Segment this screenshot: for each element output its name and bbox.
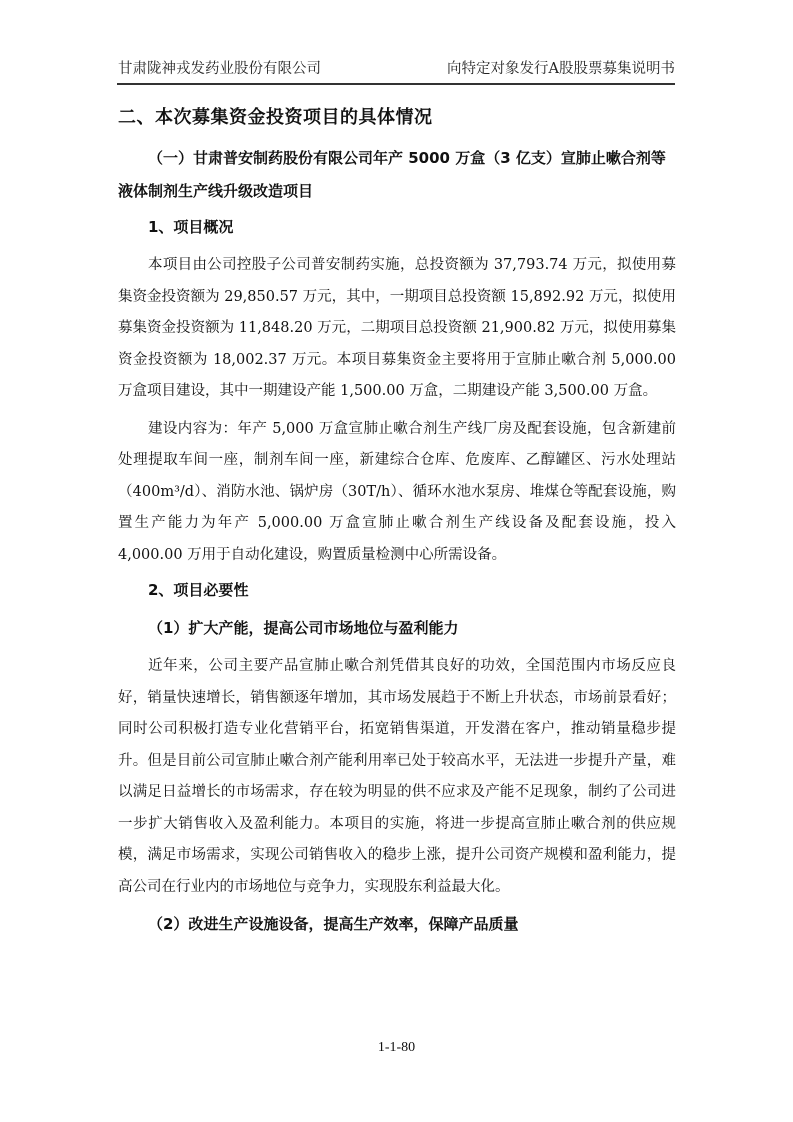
- item2-sub1-paragraph: 近年来，公司主要产品宣肺止嗽合剂凭借其良好的功效，全国范围内市场反应良好，销量快…: [118, 651, 676, 903]
- page-number: 1-1-80: [0, 1040, 793, 1056]
- item1-title: 1、项目概况: [118, 210, 676, 244]
- item2-title: 2、项目必要性: [118, 573, 676, 607]
- header-company-name: 甘肃陇神戎发药业股份有限公司: [118, 57, 321, 78]
- subsection-title: （一）甘肃普安制药股份有限公司年产 5000 万盒（3 亿支）宣肺止嗽合剂等液体…: [118, 142, 676, 208]
- item1-paragraph-overview: 本项目由公司控股子公司普安制药实施，总投资额为 37,793.74 万元，拟使用…: [118, 250, 676, 408]
- item2-sub2-title: （2）改进生产设施设备，提高生产效率，保障产品质量: [118, 907, 676, 941]
- document-body: 二、本次募集资金投资项目的具体情况 （一）甘肃普安制药股份有限公司年产 5000…: [118, 100, 676, 941]
- item1-paragraph-construction: 建设内容为：年产 5,000 万盒宣肺止嗽合剂生产线厂房及配套设施，包含新建前处…: [118, 414, 676, 572]
- item2-sub1-title: （1）扩大产能，提高公司市场地位与盈利能力: [118, 611, 676, 645]
- header-document-title: 向特定对象发行A股股票募集说明书: [447, 57, 675, 78]
- section-title: 二、本次募集资金投资项目的具体情况: [118, 100, 676, 136]
- header-divider: [117, 83, 675, 85]
- page-header: 甘肃陇神戎发药业股份有限公司 向特定对象发行A股股票募集说明书: [118, 52, 675, 78]
